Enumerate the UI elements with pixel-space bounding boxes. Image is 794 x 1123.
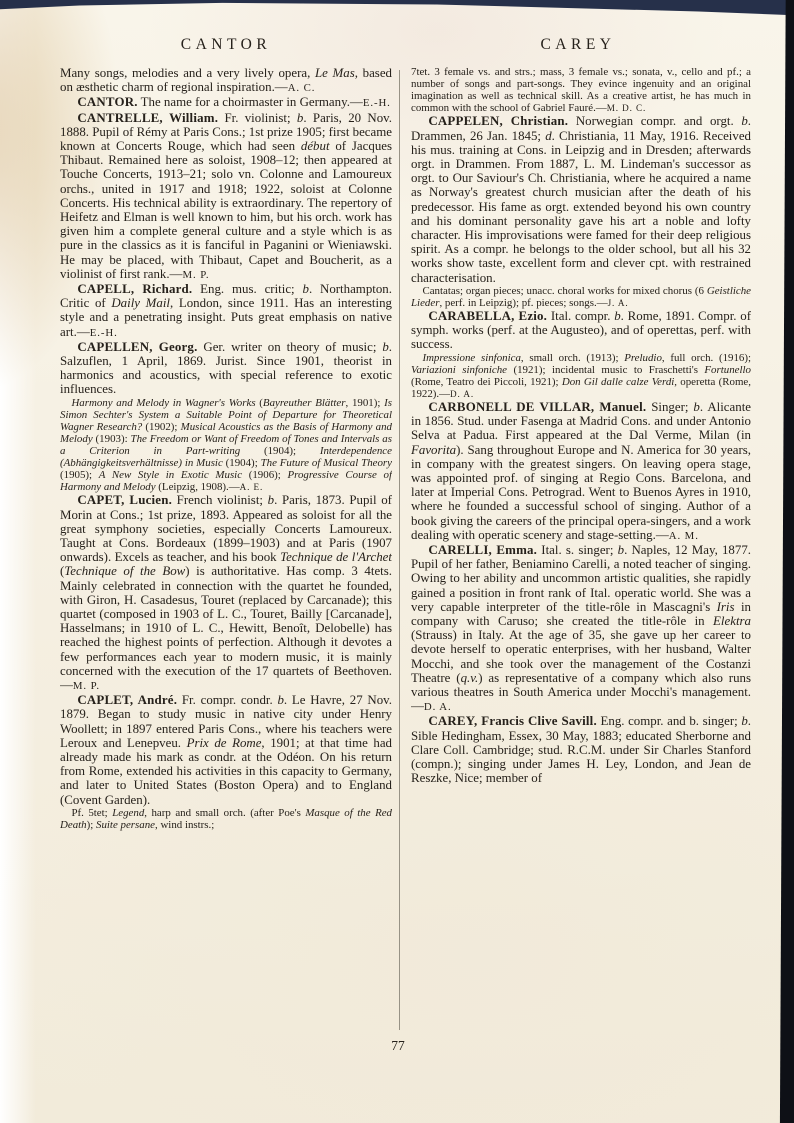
- entry-name: CAPELLEN, Georg.: [77, 340, 197, 354]
- italic-title: Prix de Rome: [187, 736, 262, 750]
- body-text: (1905);: [60, 469, 99, 481]
- author-initials: A. E.: [240, 482, 264, 492]
- body-text: Eng. mus. critic;: [192, 282, 302, 296]
- body-text: 7tet. 3 female vs. and strs.; mass, 3 fe…: [411, 66, 751, 114]
- italic-title: Technique of the Bow: [64, 564, 185, 578]
- body-text: of Jacques Thibaut. Remained here as sol…: [60, 139, 392, 281]
- entry-paragraph: CAREY, Francis Clive Savill. Eng. compr.…: [411, 714, 751, 785]
- body-text: (1921); incidental music to Fraschetti's: [507, 364, 704, 376]
- italic-title: q.v.: [461, 671, 479, 685]
- italic-title: début: [301, 139, 330, 153]
- body-text: , 1901);: [346, 397, 385, 409]
- entry-paragraph: CAPPELEN, Christian. Norwegian compr. an…: [411, 114, 751, 284]
- author-initials: D. A.: [450, 389, 474, 399]
- entry-paragraph: CAPELLEN, Georg. Ger. writer on theory o…: [60, 340, 392, 397]
- body-text: (: [256, 397, 263, 409]
- body-text: Fr. compr. condr.: [177, 693, 277, 707]
- body-text: Fr. violinist;: [218, 111, 297, 125]
- author-initials: E.-H.: [363, 97, 391, 109]
- entry-paragraph: CAPET, Lucien. French violinist; b. Pari…: [60, 493, 392, 693]
- italic-title: Technique de l'Archet: [280, 550, 392, 564]
- entry-name: CARELLI, Emma.: [428, 543, 537, 557]
- body-text: Pf. 5tet;: [71, 807, 112, 819]
- running-head-right: CAREY: [404, 36, 752, 54]
- italic-title: Fortunello: [704, 364, 751, 376]
- right-column: 7tet. 3 female vs. and strs.; mass, 3 fe…: [411, 66, 751, 1044]
- italic-title: Daily Mail: [111, 296, 170, 310]
- body-text: French violinist;: [172, 493, 268, 507]
- body-text: (Leipzig, 1908).—: [156, 481, 240, 493]
- body-text: (1904);: [240, 445, 320, 457]
- entry-paragraph: CARABELLA, Ezio. Ital. compr. b. Rome, 1…: [411, 309, 751, 352]
- page-number: 77: [348, 1038, 448, 1054]
- body-text: Ital. s. singer;: [537, 543, 618, 557]
- entry-name: CAPLET, André.: [77, 693, 177, 707]
- entry-name: CARABELLA, Ezio.: [428, 309, 547, 323]
- body-text: , harp and small orch. (after Poe's: [144, 807, 305, 819]
- body-text: , full orch. (1916);: [662, 352, 751, 364]
- body-text: Many songs, melodies and a very lively o…: [60, 66, 315, 80]
- body-text: , wind instrs.;: [155, 819, 214, 831]
- body-text: );: [87, 819, 96, 831]
- body-text: (1902);: [142, 421, 180, 433]
- text-columns: Many songs, melodies and a very lively o…: [60, 66, 752, 1044]
- scanned-book-photo: CANTOR CAREY Many songs, melodies and a …: [0, 0, 794, 1123]
- body-text: Eng. compr. and b. singer;: [597, 714, 741, 728]
- author-initials: J. A.: [608, 298, 629, 308]
- italic-title: Don Gil dalle calze Verdi: [562, 376, 674, 388]
- entry-name: CAPPELEN, Christian.: [428, 114, 568, 128]
- left-column: Many songs, melodies and a very lively o…: [60, 66, 392, 1044]
- italic-title: Impressione sinfonica: [422, 352, 520, 364]
- italic-title: Iris: [717, 600, 735, 614]
- entry-name: CAPELL, Richard.: [77, 282, 192, 296]
- entry-paragraph: Many songs, melodies and a very lively o…: [60, 66, 392, 95]
- italic-title: Bayreuther Blätter: [263, 397, 346, 409]
- italic-title: Variazioni sinfoniche: [411, 364, 507, 376]
- body-text: Norwegian compr. and orgt.: [568, 114, 741, 128]
- entry-paragraph: CANTRELLE, William. Fr. violinist; b. Pa…: [60, 111, 392, 282]
- body-text: Ger. writer on theory of music;: [198, 340, 383, 354]
- entry-paragraph: CARELLI, Emma. Ital. s. singer; b. Naple…: [411, 543, 751, 714]
- body-text: (1906);: [242, 469, 287, 481]
- body-text: , small orch. (1913);: [521, 352, 624, 364]
- body-text: (Rome, Teatro dei Piccoli, 1921);: [411, 376, 562, 388]
- body-text: ) is authoritative. Has comp. 3 4tets. M…: [60, 564, 392, 692]
- entry-name: CANTRELLE, William.: [77, 111, 218, 125]
- author-initials: D. A.: [424, 701, 452, 713]
- works-list-paragraph: Impressione sinfonica, small orch. (1913…: [411, 352, 751, 400]
- entry-paragraph: CAPLET, André. Fr. compr. condr. b. Le H…: [60, 693, 392, 807]
- body-text: . Christiania, 11 May, 1916. Received hi…: [411, 129, 751, 285]
- works-list-paragraph: 7tet. 3 female vs. and strs.; mass, 3 fe…: [411, 66, 751, 114]
- body-text: Singer;: [646, 400, 693, 414]
- author-initials: A. M.: [669, 530, 699, 542]
- works-list-paragraph: Harmony and Melody in Wagner's Works (Ba…: [60, 397, 392, 494]
- author-initials: M. P.: [182, 269, 209, 281]
- entry-paragraph: CARBONELL DE VILLAR, Manuel. Singer; b. …: [411, 400, 751, 543]
- book-page: CANTOR CAREY Many songs, melodies and a …: [0, 0, 794, 1123]
- italic-title: Elektra: [713, 614, 751, 628]
- body-text: , perf. in Leipzig); pf. pieces; songs.—: [439, 297, 607, 309]
- italic-title: Suite persane: [96, 819, 155, 831]
- running-head-left: CANTOR: [60, 36, 392, 54]
- italic-title: The Future of Musical Theory: [261, 457, 392, 469]
- column-divider-rule: [399, 70, 400, 1030]
- body-text: (1903):: [93, 433, 131, 445]
- running-heads: CANTOR CAREY: [60, 36, 752, 58]
- italic-title: Le Mas: [315, 66, 355, 80]
- body-text: (1904);: [223, 457, 261, 469]
- entry-name: CAREY, Francis Clive Savill.: [428, 714, 596, 728]
- entry-paragraph: CAPELL, Richard. Eng. mus. critic; b. No…: [60, 282, 392, 340]
- italic-title: Preludio: [624, 352, 662, 364]
- works-list-paragraph: Cantatas; organ pieces; unacc. choral wo…: [411, 285, 751, 309]
- body-text: Ital. compr.: [547, 309, 614, 323]
- entry-paragraph: CANTOR. The name for a choirmaster in Ge…: [60, 95, 392, 110]
- body-text: The name for a choirmaster in Germany.—: [138, 95, 363, 109]
- body-text: Cantatas; organ pieces; unacc. choral wo…: [422, 285, 706, 297]
- body-text: ). Sang throughout Europe and N. America…: [411, 443, 751, 542]
- entry-name: CANTOR.: [77, 95, 137, 109]
- italic-title: Favorita: [411, 443, 456, 457]
- author-initials: E.-H.: [90, 327, 118, 339]
- entry-name: CARBONELL DE VILLAR, Manuel.: [428, 400, 646, 414]
- italic-title: A New Style in Exotic Music: [99, 469, 242, 481]
- italic-title: Harmony and Melody in Wagner's Works: [71, 397, 255, 409]
- entry-name: CAPET, Lucien.: [77, 493, 172, 507]
- author-initials: M. P.: [73, 680, 100, 692]
- author-initials: M. D. C.: [607, 103, 646, 113]
- italic-title: Legend: [112, 807, 144, 819]
- author-initials: A. C.: [288, 82, 316, 94]
- works-list-paragraph: Pf. 5tet; Legend, harp and small orch. (…: [60, 807, 392, 831]
